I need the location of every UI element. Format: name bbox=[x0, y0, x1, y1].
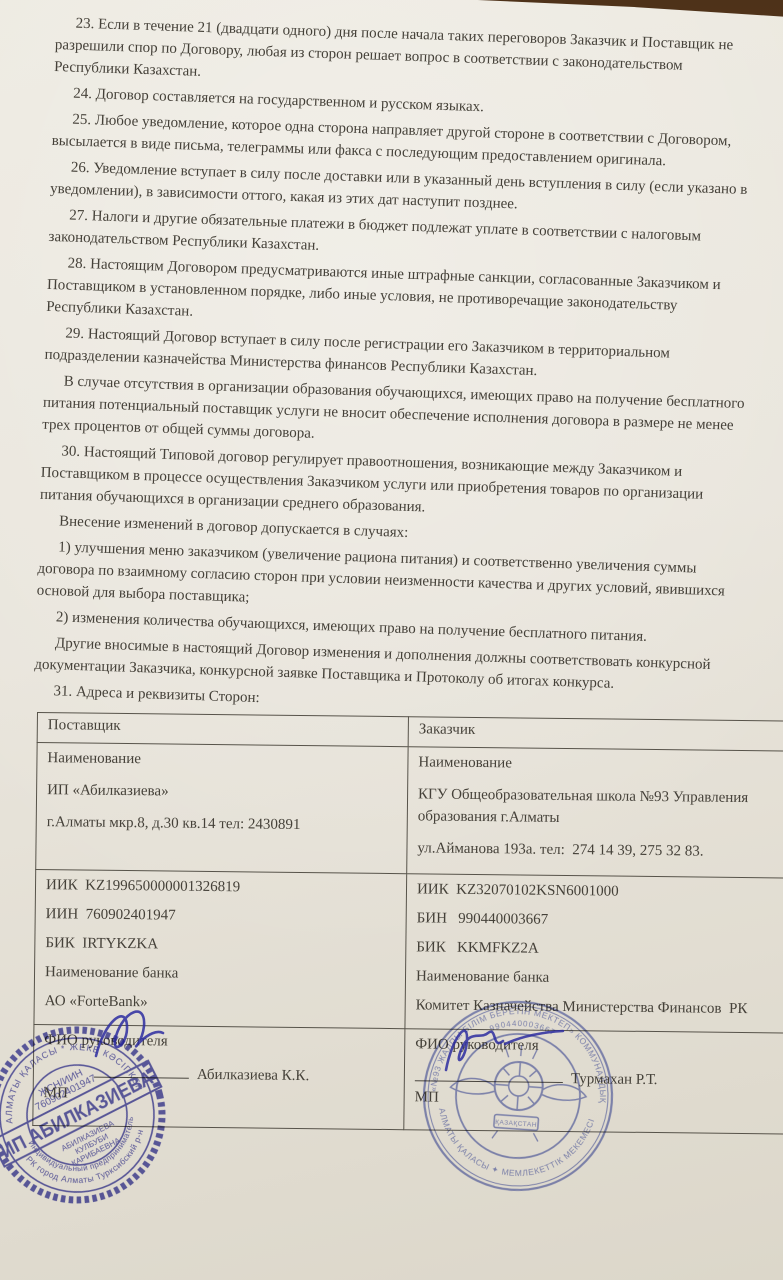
customer-stamp-graphic: «№93 ЖАЛПЫ БІЛІМ БЕРЕТІН МЕКТЕП» КОММУНА… bbox=[413, 991, 622, 1200]
customer-round-stamp: «№93 ЖАЛПЫ БІЛІМ БЕРЕТІН МЕКТЕП» КОММУНА… bbox=[413, 991, 622, 1200]
customer-name-cell: Наименование КГУ Общеобразовательная шко… bbox=[407, 747, 783, 878]
supplier-header-cell: Поставщик bbox=[37, 713, 408, 747]
supplier-bik: БИК IRTYKZKA bbox=[45, 932, 395, 958]
photographed-contract-page: 23. Если в течение 21 (двадцати одного) … bbox=[0, 0, 783, 1280]
customer-bank-label: Наименование банка bbox=[416, 965, 779, 991]
customer-name-label: Наименование bbox=[418, 751, 781, 777]
customer-iik: ИИК KZ32070102KSN6001000 bbox=[417, 878, 780, 904]
supplier-name: ИП «Абилказиева» bbox=[47, 779, 397, 805]
customer-address: ул.Айманова 193а. тел: 274 14 39, 275 32… bbox=[417, 837, 780, 863]
name-row: Наименование ИП «Абилказиева» г.Алматы м… bbox=[36, 743, 783, 879]
contract-clauses-block: 23. Если в течение 21 (двадцати одного) … bbox=[33, 12, 762, 729]
supplier-iin: ИИН 760902401947 bbox=[46, 903, 396, 929]
customer-name: КГУ Общеобразовательная школа №93 Управл… bbox=[418, 783, 781, 831]
supplier-bank-label: Наименование банка bbox=[45, 961, 395, 987]
customer-bin: БИН 990440003667 bbox=[417, 907, 780, 933]
supplier-iik: ИИК KZ199650000001326819 bbox=[46, 874, 396, 900]
kazakhstan-emblem bbox=[447, 1040, 589, 1144]
supplier-address: г.Алматы мкр.8, д.30 кв.14 тел: 2430891 bbox=[47, 811, 397, 837]
supplier-bank-cell: ИИК KZ199650000001326819 ИИН 76090240194… bbox=[34, 869, 407, 1028]
customer-bik: БИК KKMFKZ2A bbox=[416, 936, 779, 962]
customer-header-cell: Заказчик bbox=[408, 717, 783, 751]
supplier-head-name: Абилказиева К.К. bbox=[197, 1067, 310, 1084]
supplier-name-label: Наименование bbox=[47, 747, 397, 773]
supplier-name-cell: Наименование ИП «Абилказиева» г.Алматы м… bbox=[36, 743, 408, 874]
